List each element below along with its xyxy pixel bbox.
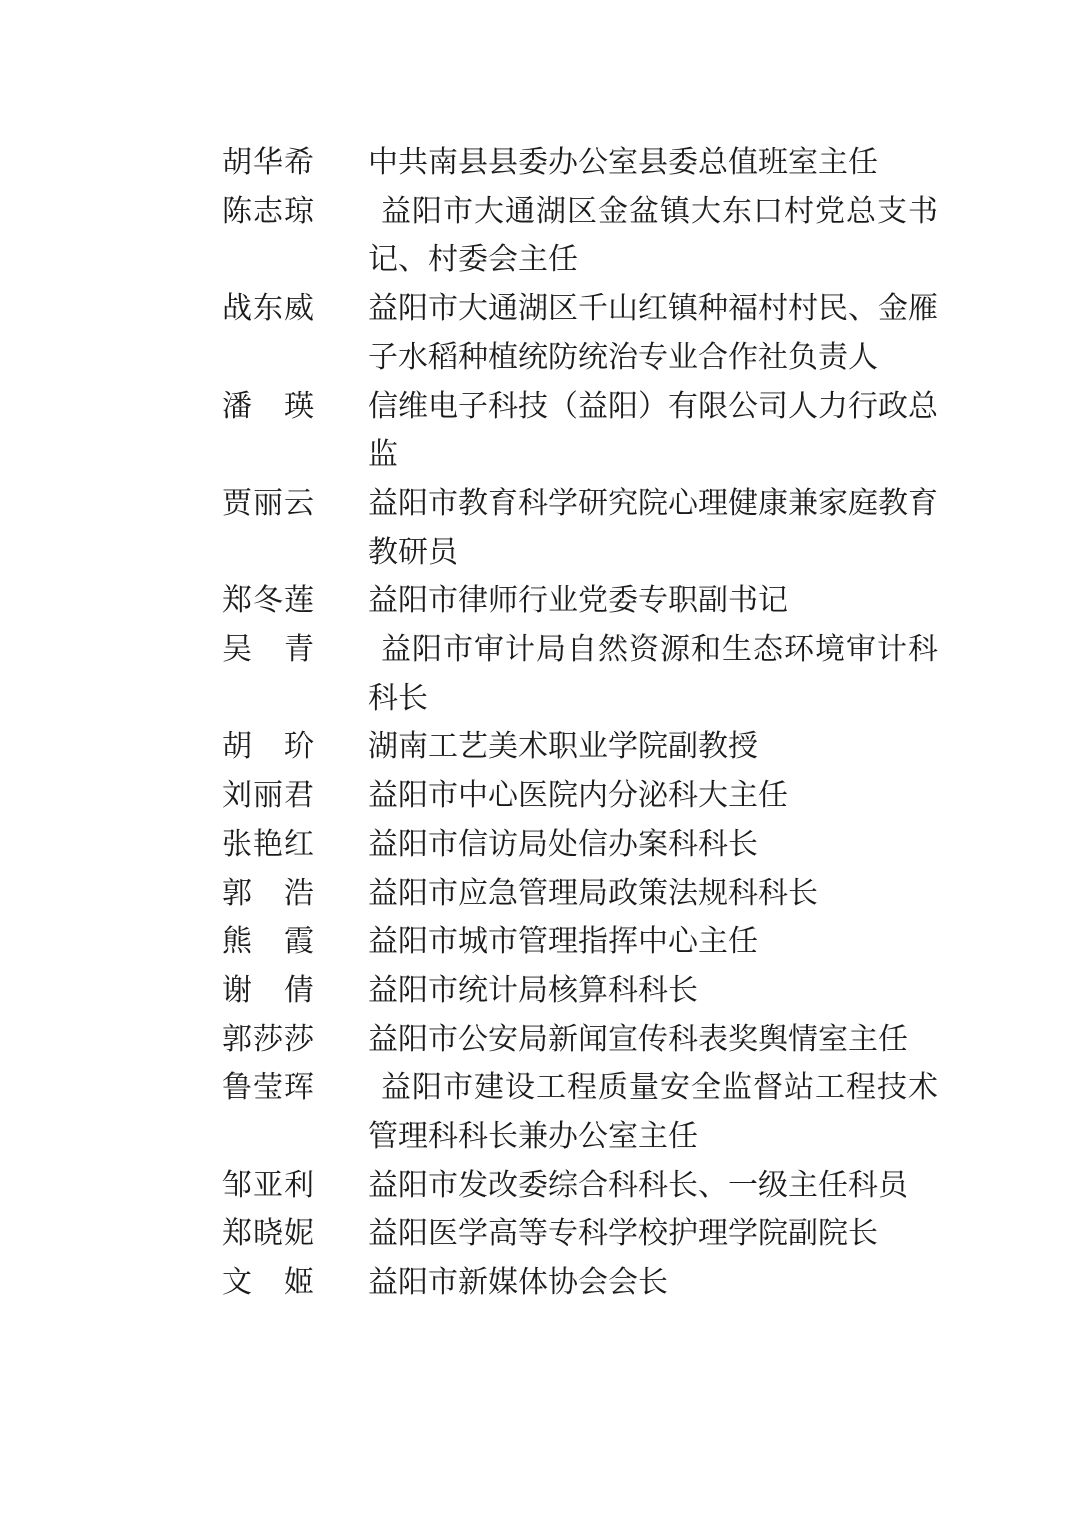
list-entry: 邹亚利益阳市发改委综合科科长、一级主任科员 xyxy=(222,1162,938,1211)
list-entry: 郑晓妮益阳医学高等专科学校护理学院副院长 xyxy=(222,1210,938,1259)
person-title: 益阳市应急管理局政策法规科科长 xyxy=(368,870,938,919)
person-title: 益阳市大通湖区千山红镇种福村村民、金雁子水稻种植统防统治专业合作社负责人 xyxy=(368,285,938,382)
person-title: 益阳医学高等专科学校护理学院副院长 xyxy=(368,1210,938,1259)
person-name: 鲁莹珲 xyxy=(222,1064,368,1113)
person-name: 潘 瑛 xyxy=(222,383,368,432)
honor-roll-list: 胡华希中共南县县委办公室县委总值班室主任陈志琼益阳市大通湖区金盆镇大东口村党总支… xyxy=(222,139,938,1308)
list-entry: 熊 霞益阳市城市管理指挥中心主任 xyxy=(222,918,938,967)
person-name: 郭莎莎 xyxy=(222,1016,368,1065)
person-title: 益阳市城市管理指挥中心主任 xyxy=(368,918,938,967)
person-name: 张艳红 xyxy=(222,821,368,870)
document-page: 胡华希中共南县县委办公室县委总值班室主任陈志琼益阳市大通湖区金盆镇大东口村党总支… xyxy=(0,0,1080,1527)
person-name: 战东威 xyxy=(222,285,368,334)
list-entry: 胡 玠湖南工艺美术职业学院副教授 xyxy=(222,723,938,772)
person-title: 益阳市公安局新闻宣传科表奖舆情室主任 xyxy=(368,1016,938,1065)
person-name: 贾丽云 xyxy=(222,480,368,529)
list-entry: 张艳红益阳市信访局处信办案科科长 xyxy=(222,821,938,870)
person-title: 益阳市信访局处信办案科科长 xyxy=(368,821,938,870)
person-title: 益阳市律师行业党委专职副书记 xyxy=(368,577,938,626)
person-title: 益阳市审计局自然资源和生态环境审计科科长 xyxy=(368,626,938,723)
person-name: 文 姬 xyxy=(222,1259,368,1308)
list-entry: 刘丽君益阳市中心医院内分泌科大主任 xyxy=(222,772,938,821)
list-entry: 战东威益阳市大通湖区千山红镇种福村村民、金雁子水稻种植统防统治专业合作社负责人 xyxy=(222,285,938,382)
person-title: 信维电子科技（益阳）有限公司人力行政总监 xyxy=(368,383,938,480)
list-entry: 郭 浩益阳市应急管理局政策法规科科长 xyxy=(222,870,938,919)
person-title: 益阳市教育科学研究院心理健康兼家庭教育教研员 xyxy=(368,480,938,577)
person-title: 益阳市新媒体协会会长 xyxy=(368,1259,938,1308)
person-name: 吴 青 xyxy=(222,626,368,675)
person-name: 胡 玠 xyxy=(222,723,368,772)
list-entry: 胡华希中共南县县委办公室县委总值班室主任 xyxy=(222,139,938,188)
list-entry: 陈志琼益阳市大通湖区金盆镇大东口村党总支书记、村委会主任 xyxy=(222,188,938,285)
person-name: 熊 霞 xyxy=(222,918,368,967)
person-name: 谢 倩 xyxy=(222,967,368,1016)
person-title: 湖南工艺美术职业学院副教授 xyxy=(368,723,938,772)
person-name: 郑冬莲 xyxy=(222,577,368,626)
list-entry: 郭莎莎益阳市公安局新闻宣传科表奖舆情室主任 xyxy=(222,1016,938,1065)
list-entry: 潘 瑛信维电子科技（益阳）有限公司人力行政总监 xyxy=(222,383,938,480)
person-title: 益阳市建设工程质量安全监督站工程技术管理科科长兼办公室主任 xyxy=(368,1064,938,1161)
person-name: 郑晓妮 xyxy=(222,1210,368,1259)
list-entry: 郑冬莲益阳市律师行业党委专职副书记 xyxy=(222,577,938,626)
person-name: 陈志琼 xyxy=(222,188,368,237)
list-entry: 吴 青益阳市审计局自然资源和生态环境审计科科长 xyxy=(222,626,938,723)
person-name: 邹亚利 xyxy=(222,1162,368,1211)
person-title: 益阳市发改委综合科科长、一级主任科员 xyxy=(368,1162,938,1211)
person-name: 胡华希 xyxy=(222,139,368,188)
list-entry: 鲁莹珲益阳市建设工程质量安全监督站工程技术管理科科长兼办公室主任 xyxy=(222,1064,938,1161)
person-title: 益阳市中心医院内分泌科大主任 xyxy=(368,772,938,821)
person-title: 益阳市统计局核算科科长 xyxy=(368,967,938,1016)
list-entry: 谢 倩益阳市统计局核算科科长 xyxy=(222,967,938,1016)
person-name: 刘丽君 xyxy=(222,772,368,821)
person-title: 益阳市大通湖区金盆镇大东口村党总支书记、村委会主任 xyxy=(368,188,938,285)
list-entry: 贾丽云益阳市教育科学研究院心理健康兼家庭教育教研员 xyxy=(222,480,938,577)
list-entry: 文 姬益阳市新媒体协会会长 xyxy=(222,1259,938,1308)
person-name: 郭 浩 xyxy=(222,870,368,919)
person-title: 中共南县县委办公室县委总值班室主任 xyxy=(368,139,938,188)
